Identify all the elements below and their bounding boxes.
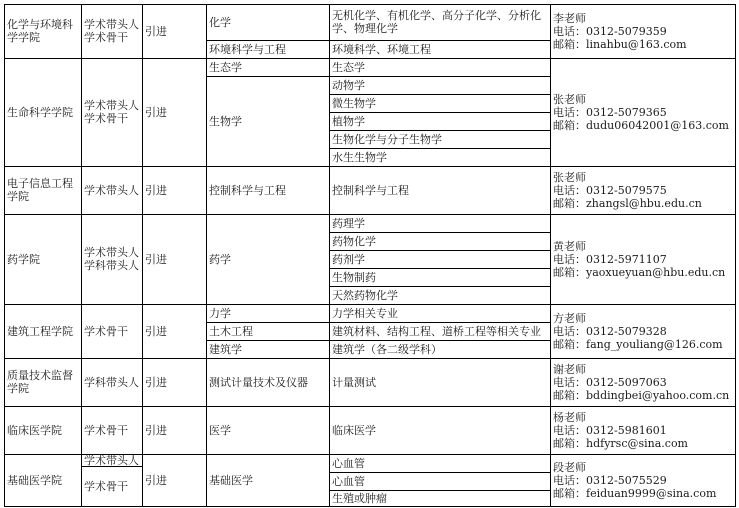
contact-info: 张老师电话：0312-5079365邮箱：dudu06042001@163.co… xyxy=(550,58,735,166)
recruit-type: 引进 xyxy=(142,304,206,358)
major-name: 微生物学 xyxy=(329,94,550,112)
table-rule xyxy=(329,4,330,507)
major-name: 建筑学（各二级学科） xyxy=(329,340,550,358)
contact-email[interactable]: 邮箱：hdfyrsc@sina.com xyxy=(553,437,688,450)
contact-phone: 电话：0312-5079359 xyxy=(553,25,687,38)
contact-email[interactable]: 邮箱：zhangsl@hbu.edu.cn xyxy=(553,197,702,210)
major-name: 药理学 xyxy=(329,214,550,232)
table-rule xyxy=(550,4,551,507)
position-title: 学术带头人 xyxy=(81,454,142,466)
table-rule xyxy=(329,268,551,269)
position-title: 学术带头人 xyxy=(81,166,142,214)
contact-email[interactable]: 邮箱：yaoxueyuan@hbu.edu.cn xyxy=(553,266,725,279)
position-title: 学术带头人 学术骨干 xyxy=(81,58,142,166)
table-rule xyxy=(81,4,82,507)
contact-phone: 电话：0312-5971107 xyxy=(553,253,725,266)
recruit-type: 引进 xyxy=(142,214,206,304)
contact-phone: 电话：0312-5079328 xyxy=(553,325,723,338)
major-name: 植物学 xyxy=(329,112,550,130)
college-name: 电子信息工程学院 xyxy=(4,166,81,214)
position-title: 学术骨干 xyxy=(81,466,142,506)
major-name: 心血管 xyxy=(329,454,550,472)
college-name: 建筑工程学院 xyxy=(4,304,81,358)
contact-phone: 电话：0312-5075529 xyxy=(553,474,716,487)
recruit-type: 引进 xyxy=(142,4,206,58)
discipline-name: 力学 xyxy=(206,304,329,322)
discipline-name: 生态学 xyxy=(206,58,329,76)
table-rule xyxy=(4,506,736,507)
major-name: 水生生物学 xyxy=(329,148,550,166)
discipline-name: 测试计量技术及仪器 xyxy=(206,358,329,406)
major-name: 建筑材料、结构工程、道桥工程等相关专业 xyxy=(329,322,550,340)
recruit-type: 引进 xyxy=(142,406,206,454)
table-rule xyxy=(4,166,736,167)
college-name: 基础医学院 xyxy=(4,454,81,506)
contact-name: 李老师 xyxy=(553,12,687,25)
table-rule xyxy=(4,4,5,507)
position-title: 学科带头人 xyxy=(81,358,142,406)
position-title: 学术骨干 xyxy=(81,406,142,454)
contact-name: 谢老师 xyxy=(553,363,729,376)
contact-email[interactable]: 邮箱：fang_youliang@126.com xyxy=(553,338,723,351)
table-rule xyxy=(329,76,551,77)
contact-info: 李老师电话：0312-5079359邮箱：linahbu@163.com xyxy=(550,4,735,58)
table-rule xyxy=(329,112,551,113)
contact-info: 张老师电话：0312-5079575邮箱：zhangsl@hbu.edu.cn xyxy=(550,166,735,214)
major-name: 生物化学与分子生物学 xyxy=(329,130,550,148)
college-name: 药学院 xyxy=(4,214,81,304)
discipline-name: 生物学 xyxy=(206,76,329,166)
college-name: 临床医学院 xyxy=(4,406,81,454)
contact-info: 谢老师电话：0312-5097063邮箱：bddingbei@yahoo.com… xyxy=(550,358,735,406)
major-name: 环境科学、环境工程 xyxy=(329,40,550,58)
contact-email[interactable]: 邮箱：feiduan9999@sina.com xyxy=(553,487,716,500)
table-rule xyxy=(4,304,736,305)
major-name: 无机化学、有机化学、高分子化学、分析化学、物理化学 xyxy=(329,4,550,40)
discipline-name: 化学 xyxy=(206,4,329,40)
table-rule xyxy=(329,472,551,473)
position-title: 学术骨干 xyxy=(81,304,142,358)
contact-phone: 电话：0312-5079365 xyxy=(553,106,729,119)
contact-name: 段老师 xyxy=(553,461,716,474)
table-rule xyxy=(4,358,736,359)
table-rule xyxy=(206,40,330,41)
contact-name: 黄老师 xyxy=(553,240,725,253)
college-name: 化学与环境科学学院 xyxy=(4,4,81,58)
contact-email[interactable]: 邮箱：bddingbei@yahoo.com.cn xyxy=(553,389,729,402)
contact-info: 段老师电话：0312-5075529邮箱：feiduan9999@sina.co… xyxy=(550,454,735,506)
major-name: 动物学 xyxy=(329,76,550,94)
recruit-type: 引进 xyxy=(142,454,206,506)
major-name: 心血管 xyxy=(329,472,550,490)
major-name: 力学相关专业 xyxy=(329,304,550,322)
major-name: 天然药物化学 xyxy=(329,286,550,304)
table-rule xyxy=(329,130,551,131)
table-rule xyxy=(329,490,551,491)
college-name: 生命科学学院 xyxy=(4,58,81,166)
major-name: 生殖或肿瘤 xyxy=(329,490,550,506)
table-rule xyxy=(329,286,551,287)
discipline-name: 基础医学 xyxy=(206,454,329,506)
contact-name: 张老师 xyxy=(553,171,702,184)
major-name: 药剂学 xyxy=(329,250,550,268)
table-rule xyxy=(206,322,330,323)
major-name: 生态学 xyxy=(329,58,550,76)
major-name: 药物化学 xyxy=(329,232,550,250)
table-rule xyxy=(4,454,736,455)
discipline-name: 药学 xyxy=(206,214,329,304)
contact-phone: 电话：0312-5079575 xyxy=(553,184,702,197)
contact-email[interactable]: 邮箱：dudu06042001@163.com xyxy=(553,119,729,132)
major-name: 计量测试 xyxy=(329,358,550,406)
table-rule xyxy=(142,4,143,507)
major-name: 控制科学与工程 xyxy=(329,166,550,214)
position-title: 学术带头人 学术骨干 xyxy=(81,4,142,58)
table-rule xyxy=(329,322,551,323)
contact-name: 杨老师 xyxy=(553,411,688,424)
recruit-type: 引进 xyxy=(142,358,206,406)
contact-info: 黄老师电话：0312-5971107邮箱：yaoxueyuan@hbu.edu.… xyxy=(550,214,735,304)
contact-phone: 电话：0312-5981601 xyxy=(553,424,688,437)
table-rule xyxy=(329,148,551,149)
table-rule xyxy=(329,250,551,251)
college-name: 质量技术监督学院 xyxy=(4,358,81,406)
contact-email[interactable]: 邮箱：linahbu@163.com xyxy=(553,38,687,51)
discipline-name: 环境科学与工程 xyxy=(206,40,329,58)
table-rule xyxy=(4,214,736,215)
table-rule xyxy=(329,94,551,95)
table-rule xyxy=(329,232,551,233)
table-rule xyxy=(735,4,736,507)
recruit-type: 引进 xyxy=(142,58,206,166)
contact-name: 方老师 xyxy=(553,312,723,325)
table-rule xyxy=(4,406,736,407)
table-rule xyxy=(4,4,736,5)
discipline-name: 医学 xyxy=(206,406,329,454)
major-name: 生物制药 xyxy=(329,268,550,286)
major-name: 临床医学 xyxy=(329,406,550,454)
position-title: 学术带头人 学科带头人 xyxy=(81,214,142,304)
contact-info: 杨老师电话：0312-5981601邮箱：hdfyrsc@sina.com xyxy=(550,406,735,454)
table-rule xyxy=(4,58,736,59)
table-rule xyxy=(81,466,143,467)
table-rule xyxy=(329,340,551,341)
contact-name: 张老师 xyxy=(553,93,729,106)
discipline-name: 土木工程 xyxy=(206,322,329,340)
table-rule xyxy=(206,340,330,341)
recruit-type: 引进 xyxy=(142,166,206,214)
table-rule xyxy=(206,76,330,77)
table-rule xyxy=(329,40,551,41)
contact-info: 方老师电话：0312-5079328邮箱：fang_youliang@126.c… xyxy=(550,304,735,358)
table-rule xyxy=(206,4,207,507)
contact-phone: 电话：0312-5097063 xyxy=(553,376,729,389)
discipline-name: 建筑学 xyxy=(206,340,329,358)
discipline-name: 控制科学与工程 xyxy=(206,166,329,214)
